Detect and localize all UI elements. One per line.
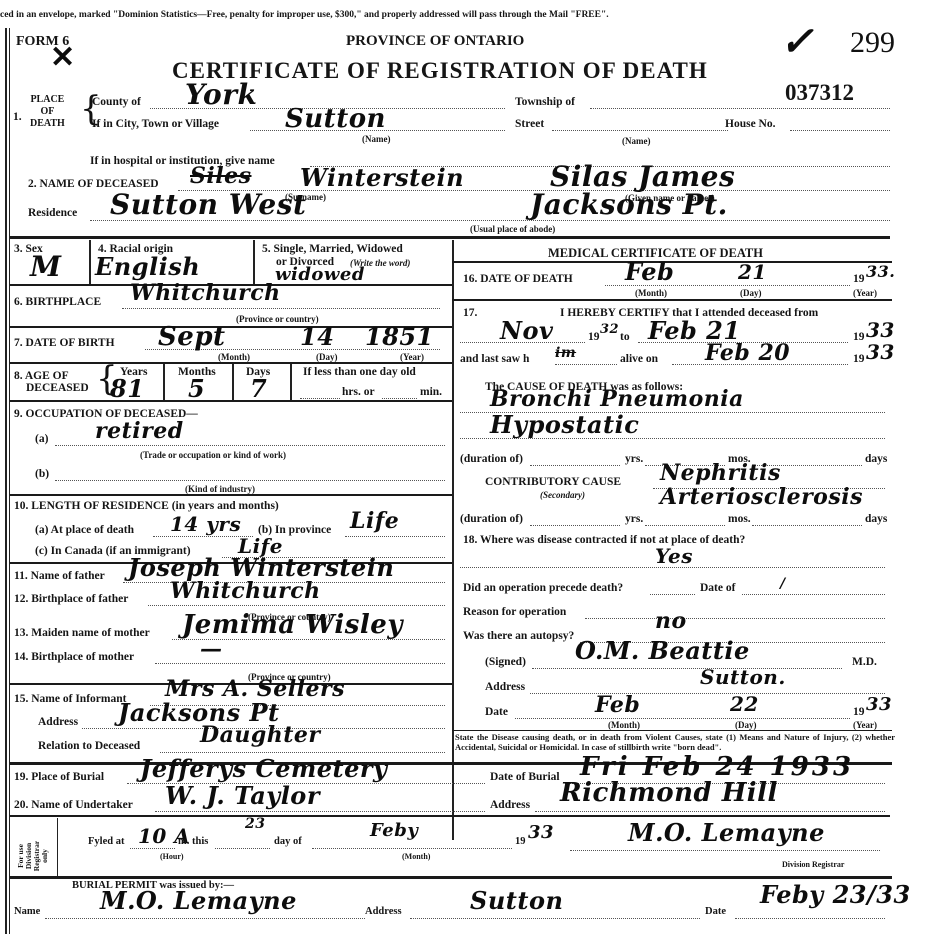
dod-month: Feb: [625, 257, 674, 286]
burial-place-value: Jefferys Cemetery: [140, 754, 387, 783]
fyled-day-value: 23: [245, 816, 265, 832]
county-value: York: [185, 78, 257, 111]
autopsy-value: no: [655, 608, 687, 634]
residence-length-label: 10. LENGTH OF RESIDENCE (in years and mo…: [14, 500, 279, 512]
undertaker-value: W. J. Taylor: [165, 781, 320, 810]
residence-a-value: 14 yrs: [170, 512, 241, 536]
street-sub: (Name): [622, 136, 651, 146]
province-title: PROVINCE OF ONTARIO: [346, 33, 524, 50]
house-label: House No.: [725, 118, 775, 130]
city-value: Sutton: [285, 104, 386, 134]
death-certificate: ced in an envelope, marked "Dominion Sta…: [0, 0, 950, 934]
street-label: Street: [515, 118, 544, 130]
check-mark: ✓: [780, 18, 814, 65]
dob-year: 1851: [365, 322, 434, 351]
contrib-label: CONTRIBUTORY CAUSE: [485, 476, 621, 488]
county-label: County of: [92, 96, 141, 108]
physician-date-day: 22: [730, 692, 759, 716]
place-label: PLACE OF DEATH: [30, 94, 65, 130]
page-number: 299: [850, 26, 895, 60]
section-divider: [10, 236, 890, 239]
birthplace-label: 6. BIRTHPLACE: [14, 296, 101, 308]
city-label: If in City, Town or Village: [92, 118, 219, 130]
undertaker-address-value: Richmond Hill: [560, 778, 778, 808]
age-years: 81: [110, 374, 144, 403]
contrib-line-2: Arteriosclerosis: [660, 484, 863, 510]
permit-name-value: M.O. Lemayne: [100, 886, 297, 915]
age-months: 5: [188, 374, 205, 403]
age-label-1: 8. AGE OF: [14, 370, 69, 382]
registrar-sidebar: For use Division Registrar only: [10, 818, 58, 876]
registrar-signature: M.O. Lemayne: [628, 818, 825, 847]
occupation-a-value: retired: [95, 418, 184, 444]
township-label: Township of: [515, 96, 575, 108]
residence-value-2: Jacksons Pt.: [530, 188, 728, 221]
physician-address: Sutton.: [700, 665, 786, 689]
form-x-mark: ✕: [50, 40, 76, 75]
sex-value: M: [30, 250, 62, 283]
certificate-number: 037312: [785, 80, 854, 106]
contrib-line-1: Nephritis: [660, 460, 781, 486]
fyled-month-value: Feby: [370, 820, 418, 841]
dod-year: 33.: [866, 262, 895, 281]
cause-line-2: Hypostatic: [490, 410, 639, 439]
surname-struck: Siles: [190, 163, 252, 189]
age-label-2: DECEASED: [26, 382, 89, 394]
age-days: 7: [250, 374, 267, 403]
mother-birth-value: —: [200, 636, 223, 662]
left-border-inner: [9, 28, 10, 934]
place-num: 1.: [13, 111, 22, 123]
attended-from-month: Nov: [500, 316, 553, 345]
mail-notice: ced in an envelope, marked "Dominion Sta…: [0, 10, 609, 20]
informant-relation-value: Daughter: [200, 722, 320, 748]
left-border: [5, 28, 7, 934]
q18-label: 18. Where was disease contracted if not …: [463, 534, 745, 546]
physician-date-month: Feb: [595, 692, 640, 718]
physician-signature: O.M. Beattie: [575, 636, 750, 665]
permit-date-value: Feby 23/33: [760, 880, 911, 909]
father-birth-value: Whitchurch: [170, 578, 321, 604]
racial-value: English: [95, 252, 200, 281]
residence-value: Sutton West: [110, 188, 306, 221]
medical-footnote: State the Disease causing death, or in d…: [455, 733, 895, 752]
permit-address-value: Sutton: [470, 886, 563, 915]
city-sub: (Name): [362, 134, 391, 144]
residence-label: Residence: [28, 207, 77, 219]
cause-line-1: Bronchi Pneumonia: [490, 386, 744, 412]
last-alive-value: Feb 20: [705, 340, 790, 366]
marital-value: widowed: [275, 264, 365, 285]
surname-value: Winterstein: [300, 163, 464, 192]
dob-label: 7. DATE OF BIRTH: [14, 337, 115, 349]
dob-month: Sept: [158, 322, 226, 352]
q18-value: Yes: [655, 544, 693, 568]
dod-day: 21: [738, 260, 767, 284]
residence-sub: (Usual place of abode): [470, 224, 555, 234]
marital-label-1: 5. Single, Married, Widowed: [262, 243, 403, 255]
residence-b-value: Life: [350, 508, 399, 534]
birthplace-value: Whitchurch: [130, 280, 281, 306]
dob-day: 14: [300, 322, 334, 351]
